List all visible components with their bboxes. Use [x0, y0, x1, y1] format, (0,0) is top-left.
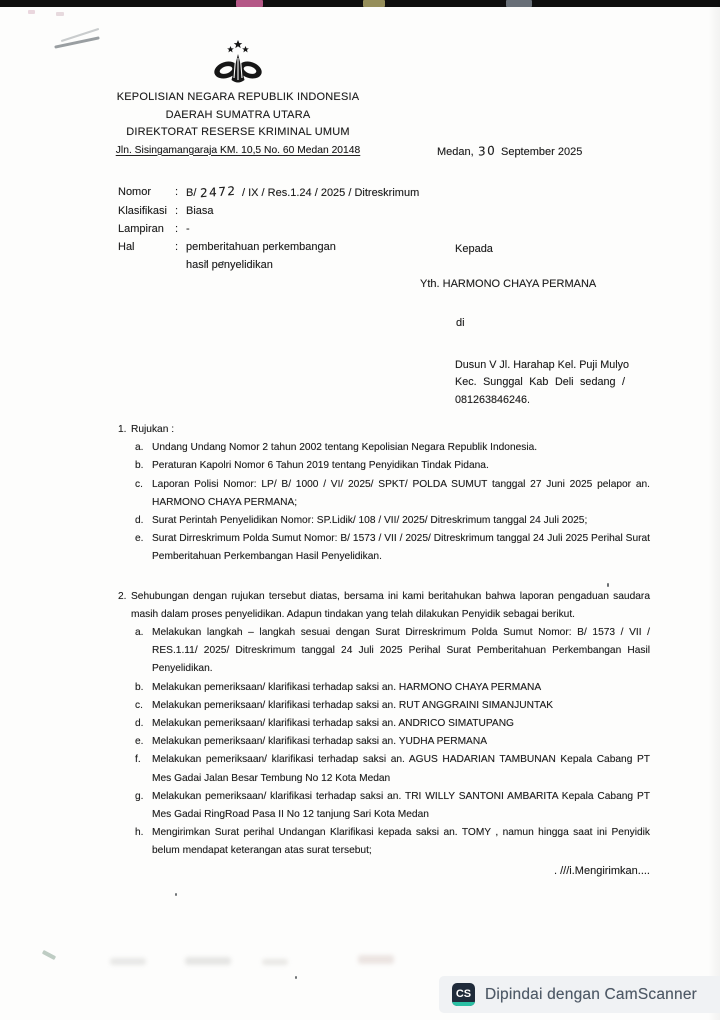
- colon: :: [175, 220, 186, 238]
- item-text: Rujukan :: [131, 421, 650, 439]
- scan-smudge: [185, 957, 231, 965]
- nomor-suffix: / IX / Res.1.24 / 2025 / Ditreskrimum: [242, 187, 419, 199]
- org-name-line2: DAERAH SUMATRA UTARA: [88, 107, 388, 125]
- letter-meta-block: Nomor : B/2472/ IX / Res.1.24 / 2025 / D…: [118, 183, 419, 274]
- address-line3: 081263846246.: [455, 392, 668, 409]
- colon: :: [175, 238, 186, 256]
- list-item: d.Melakukan pemeriksaan/ klarifikasi ter…: [135, 715, 650, 733]
- scan-dot: [295, 976, 297, 979]
- scan-edge-shade: [708, 0, 720, 1020]
- scan-smudge: [262, 959, 288, 965]
- scan-speck: [363, 0, 385, 7]
- item-text: Sehubungan dengan rujukan tersebut diata…: [131, 588, 650, 624]
- letter-section-2: 2.Sehubungan dengan rujukan tersebut dia…: [118, 588, 650, 861]
- scan-smudge: [110, 958, 146, 965]
- meta-row-nomor: Nomor : B/2472/ IX / Res.1.24 / 2025 / D…: [118, 183, 419, 202]
- item-marker: b.: [135, 679, 152, 697]
- list-item: a.Undang Undang Nomor 2 tahun 2002 tenta…: [135, 439, 650, 457]
- list-item: b.Peraturan Kapolri Nomor 6 Tahun 2019 t…: [135, 457, 650, 475]
- lampiran-value: -: [186, 220, 190, 238]
- item-marker: b.: [135, 457, 152, 475]
- nomor-label: Nomor: [118, 183, 175, 202]
- org-address-line: Jln. Sisingamangaraja KM. 10,5 No. 60 Me…: [88, 142, 388, 159]
- camscanner-icon-label: CS: [456, 988, 471, 1000]
- kepada-label: Kepada: [455, 243, 493, 255]
- item-marker: d.: [135, 715, 152, 733]
- list-item: f.Melakukan pemeriksaan/ klarifikasi ter…: [135, 751, 650, 787]
- scan-speck: [506, 0, 532, 7]
- item-text: Peraturan Kapolri Nomor 6 Tahun 2019 ten…: [152, 457, 650, 475]
- scan-speck: [28, 10, 35, 14]
- item-text: Melakukan pemeriksaan/ klarifikasi terha…: [152, 697, 650, 715]
- item-marker: 1.: [118, 421, 131, 439]
- hal-label: Hal: [118, 238, 175, 256]
- address-line2: Kec. Sunggal Kab Deli sedang /: [455, 374, 668, 391]
- lampiran-label: Lampiran: [118, 220, 175, 238]
- nomor-prefix: B/: [186, 187, 196, 199]
- list-item: c.Laporan Polisi Nomor: LP/ B/ 1000 / VI…: [135, 476, 650, 512]
- recipient-name: Yth. HARMONO CHAYA PERMANA: [420, 278, 596, 290]
- item-marker: h.: [135, 824, 152, 860]
- letter-body: 1.Rujukan :a.Undang Undang Nomor 2 tahun…: [118, 421, 650, 880]
- scan-speck: [56, 12, 64, 16]
- meta-row-lampiran: Lampiran : -: [118, 220, 419, 238]
- date-city: Medan,: [437, 146, 474, 158]
- item-text: Mengirimkan Surat perihal Undangan Klari…: [152, 824, 650, 860]
- section-heading: 2.Sehubungan dengan rujukan tersebut dia…: [118, 588, 650, 624]
- item-marker: c.: [135, 697, 152, 715]
- scan-dot: [222, 261, 224, 263]
- item-marker: e.: [135, 530, 152, 566]
- item-text: Melakukan pemeriksaan/ klarifikasi terha…: [152, 751, 650, 787]
- org-name-line1: KEPOLISIAN NEGARA REPUBLIK INDONESIA: [88, 89, 388, 107]
- item-text: Undang Undang Nomor 2 tahun 2002 tentang…: [152, 439, 650, 457]
- di-label: di: [456, 317, 465, 329]
- continuation-note: . ///i.Mengirimkan....: [118, 862, 650, 880]
- scan-dot: [607, 583, 609, 587]
- scan-speck: [42, 950, 56, 960]
- list-item: e.Melakukan pemeriksaan/ klarifikasi ter…: [135, 733, 650, 751]
- scan-dot: [205, 261, 207, 263]
- letter-section-1: 1.Rujukan :a.Undang Undang Nomor 2 tahun…: [118, 421, 650, 567]
- list-item: c.Melakukan pemeriksaan/ klarifikasi ter…: [135, 697, 650, 715]
- list-item: h.Mengirimkan Surat perihal Undangan Kla…: [135, 824, 650, 860]
- scan-dot: [175, 893, 177, 896]
- nomor-handwritten: 2472: [200, 182, 236, 203]
- item-text: Melakukan langkah – langkah sesuai denga…: [152, 624, 650, 679]
- scan-speck: [236, 0, 263, 7]
- item-text: Laporan Polisi Nomor: LP/ B/ 1000 / VI/ …: [152, 476, 650, 512]
- item-text: Melakukan pemeriksaan/ klarifikasi terha…: [152, 679, 650, 697]
- list-item: d.Surat Perintah Penyelidikan Nomor: SP.…: [135, 512, 650, 530]
- camscanner-watermark: CS Dipindai dengan CamScanner: [439, 976, 720, 1013]
- meta-row-klasifikasi: Klasifikasi : Biasa: [118, 202, 419, 220]
- org-name-line3: DIREKTORAT RESERSE KRIMINAL UMUM: [88, 124, 388, 142]
- item-marker: c.: [135, 476, 152, 512]
- list-item: e.Surat Dirreskrimum Polda Sumut Nomor: …: [135, 530, 650, 566]
- scan-top-edge-strip: [0, 0, 720, 7]
- klasifikasi-value: Biasa: [186, 202, 214, 220]
- camscanner-icon-accent: [452, 1002, 475, 1006]
- scan-smudge: [358, 955, 394, 964]
- letterhead: KEPOLISIAN NEGARA REPUBLIK INDONESIA DAE…: [88, 40, 388, 159]
- meta-row-hal: Hal : pemberitahuan perkembangan: [118, 238, 419, 256]
- list-item: a.Melakukan langkah – langkah sesuai den…: [135, 624, 650, 679]
- item-marker: g.: [135, 788, 152, 824]
- date-month-year: September 2025: [501, 146, 582, 158]
- item-marker: 2.: [118, 588, 131, 624]
- item-marker: e.: [135, 733, 152, 751]
- item-marker: d.: [135, 512, 152, 530]
- item-text: Melakukan pemeriksaan/ klarifikasi terha…: [152, 715, 650, 733]
- item-marker: a.: [135, 624, 152, 679]
- recipient-address: Dusun V Jl. Harahap Kel. Puji Mulyo Kec.…: [455, 357, 668, 409]
- dateline: Medan,30September 2025: [437, 144, 582, 158]
- item-text: Melakukan pemeriksaan/ klarifikasi terha…: [152, 788, 650, 824]
- item-text: Melakukan pemeriksaan/ klarifikasi terha…: [152, 733, 650, 751]
- camscanner-icon: CS: [452, 983, 475, 1006]
- klasifikasi-label: Klasifikasi: [118, 202, 175, 220]
- polri-emblem-icon: [213, 40, 263, 86]
- list-item: g.Melakukan pemeriksaan/ klarifikasi ter…: [135, 788, 650, 824]
- hal-value-line2: hasil penyelidikan: [186, 256, 419, 274]
- item-marker: a.: [135, 439, 152, 457]
- camscanner-text: Dipindai dengan CamScanner: [485, 986, 697, 1004]
- address-line1: Dusun V Jl. Harahap Kel. Puji Mulyo: [455, 357, 668, 374]
- item-marker: f.: [135, 751, 152, 787]
- scanned-letter-page: KEPOLISIAN NEGARA REPUBLIK INDONESIA DAE…: [0, 0, 720, 1020]
- colon: :: [175, 183, 186, 202]
- item-text: Surat Perintah Penyelidikan Nomor: SP.Li…: [152, 512, 650, 530]
- colon: :: [175, 202, 186, 220]
- section-heading: 1.Rujukan :: [118, 421, 650, 439]
- item-text: Surat Dirreskrimum Polda Sumut Nomor: B/…: [152, 530, 650, 566]
- list-item: b.Melakukan pemeriksaan/ klarifikasi ter…: [135, 679, 650, 697]
- nomor-value: B/2472/ IX / Res.1.24 / 2025 / Ditreskri…: [186, 183, 419, 202]
- date-day-handwritten: 30: [478, 143, 496, 158]
- hal-value-line1: pemberitahuan perkembangan: [186, 238, 336, 256]
